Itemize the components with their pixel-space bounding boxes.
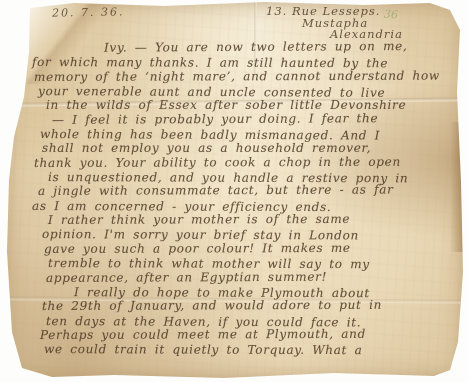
body-line: appearance, after an Egyptian summer! (32, 269, 458, 285)
letter-date: 20. 7. 36. (52, 5, 125, 19)
letter-photograph: 20. 7. 36. 36 13. Rue Lesseps.MustaphaAl… (0, 0, 468, 382)
body-line: memory of the ‘night mare’, and cannot u… (32, 68, 458, 84)
body-line: gave you such a poor colour! It makes me (32, 240, 458, 256)
body-line: Perhaps you could meet me at Plymouth, a… (32, 326, 458, 342)
letter-body: Ivy. — You are now two letters up on me,… (32, 41, 458, 357)
body-line: thank you. Your ability to cook a chop i… (32, 154, 458, 170)
address-line: Alexandria (330, 27, 403, 39)
letter-paper: 20. 7. 36. 36 13. Rue Lesseps.MustaphaAl… (4, 2, 464, 379)
address-line: 13. Rue Lesseps. (266, 4, 403, 16)
address-line: Mustapha (302, 16, 403, 28)
body-line: we could train it quietly to Torquay. Wh… (32, 342, 458, 358)
body-line: I rather think your mother is of the sam… (32, 212, 458, 228)
sender-address: 13. Rue Lesseps.MustaphaAlexandria (266, 4, 403, 39)
body-line: a jingle with consummate tact, but there… (32, 183, 458, 199)
body-line: — I feel it is probably your doing. I fe… (32, 110, 458, 127)
body-line: Ivy. — You are now two letters up on me, (32, 39, 458, 56)
body-line: the 29th of January, and would adore to … (32, 298, 458, 314)
body-line: shall not employ you as a household remo… (32, 141, 458, 155)
